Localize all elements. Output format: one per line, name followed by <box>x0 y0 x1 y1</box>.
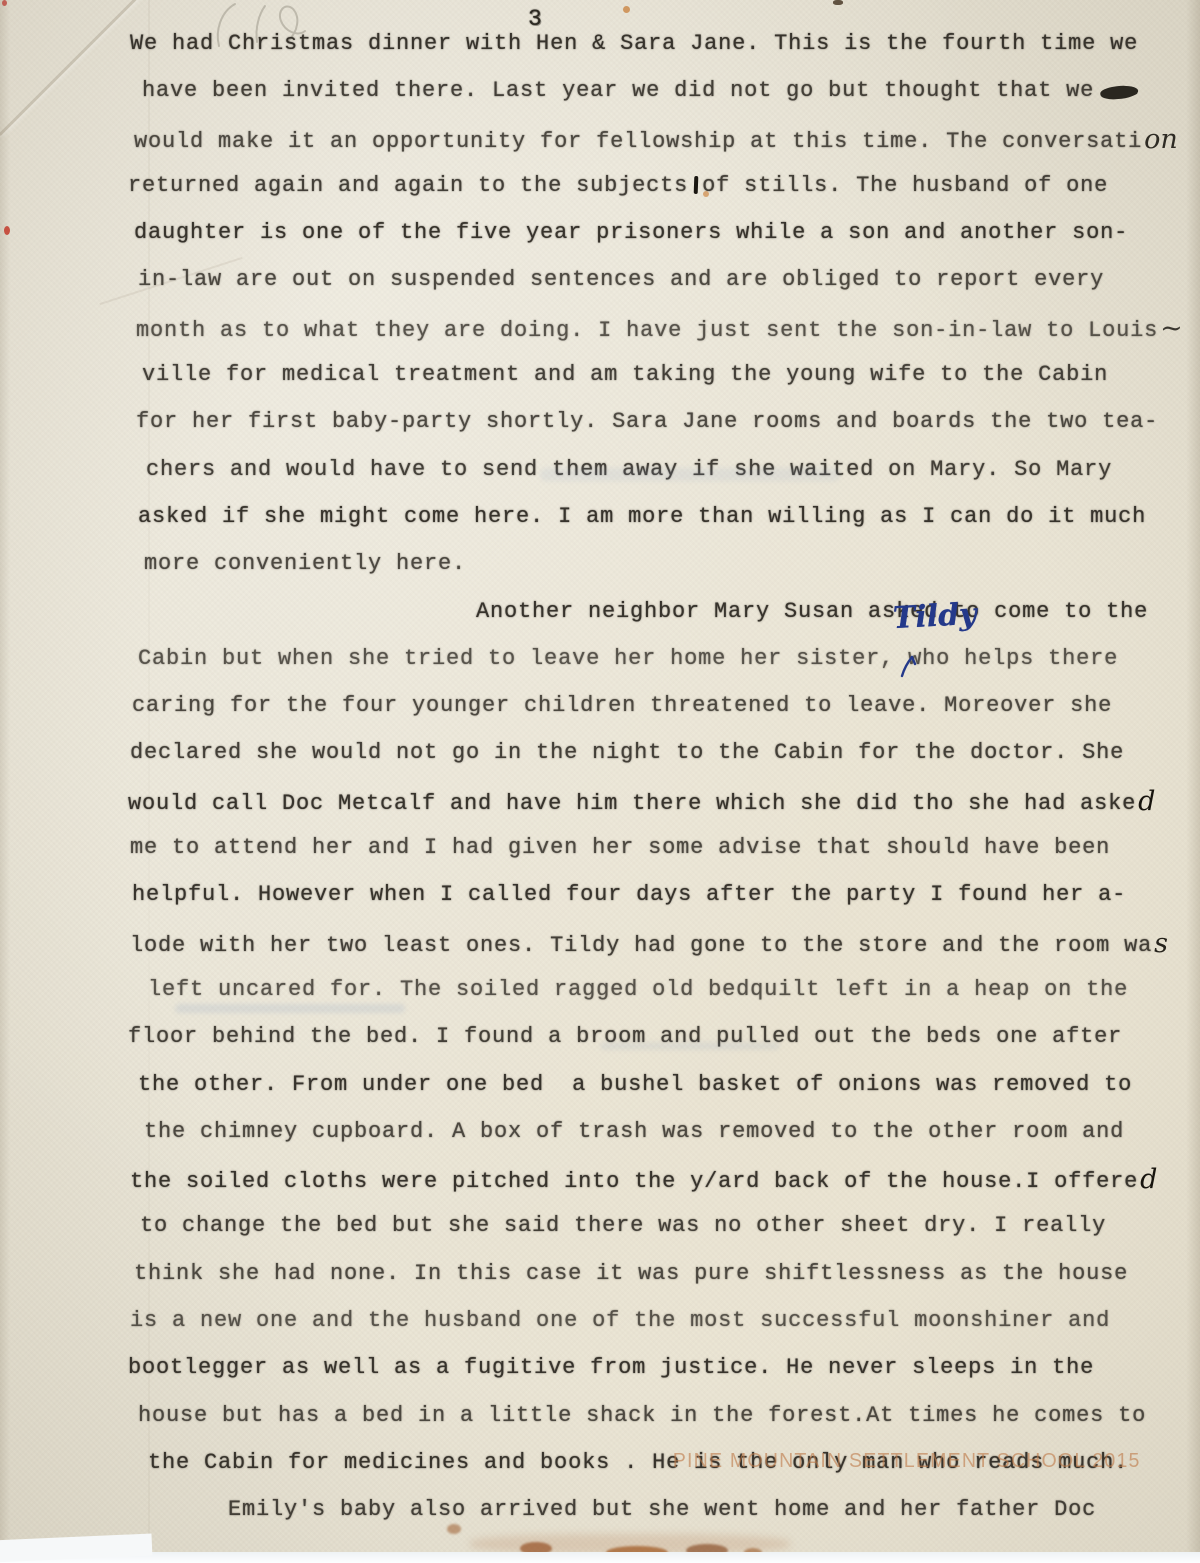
typed-text: to change the bed but she said there was… <box>140 1213 1106 1238</box>
typed-line: have been invited there. Last year we di… <box>128 67 1188 114</box>
scan-edge <box>0 1552 1200 1563</box>
typed-line: caring for the four younger children thr… <box>128 682 1188 729</box>
handwritten-suffix: s <box>1154 928 1168 959</box>
typed-text: lode with her two least ones. Tildy had … <box>130 933 1152 958</box>
handwritten-suffix: d <box>1140 1164 1157 1195</box>
rust-stain <box>447 1524 461 1534</box>
typed-text: is a new one and the husband one of the … <box>130 1308 1110 1333</box>
typed-line: think she had none. In this case it was … <box>128 1250 1188 1297</box>
typed-text: would call Doc Metcalf and have him ther… <box>128 791 1136 816</box>
typed-line: is a new one and the husband one of the … <box>128 1297 1188 1344</box>
typed-line: Cabin but when she tried to leave her ho… <box>128 635 1188 682</box>
typed-text: asked if she might come here. I am more … <box>138 504 1146 529</box>
typed-text: in-law are out on suspended sentences an… <box>138 267 1104 292</box>
typed-line: me to attend her and I had given her som… <box>128 824 1188 871</box>
paper-edge-shadow-right <box>1186 0 1200 1563</box>
blue-smudge <box>600 1042 780 1050</box>
typed-line: ville for medical treatment and am takin… <box>128 351 1188 398</box>
typed-line: declared she would not go in the night t… <box>128 729 1188 776</box>
typed-lines: We had Christmas dinner with Hen & Sara … <box>128 20 1188 1534</box>
typed-text: left uncared for. The soiled ragged old … <box>148 977 1128 1002</box>
dark-speck <box>833 0 843 5</box>
typed-line: asked if she might come here. I am more … <box>128 493 1188 540</box>
typed-line: floor behind the bed. I found a broom an… <box>128 1013 1188 1060</box>
typed-text: returned again and again to the subjects… <box>128 173 1108 198</box>
typed-line: month as to what they are doing. I have … <box>128 304 1188 351</box>
ink-stroke-mark <box>694 176 699 194</box>
typed-line: Emily's baby also arrived but she went h… <box>128 1486 1188 1533</box>
typed-line: to change the bed but she said there was… <box>128 1202 1188 1249</box>
typed-line: more conveniently here. <box>128 540 1188 587</box>
typed-line: for her first baby-party shortly. Sara J… <box>128 398 1188 445</box>
typed-line: helpful. However when I called four days… <box>128 871 1188 918</box>
typed-text: have been invited there. Last year we di… <box>142 78 1094 103</box>
insertion-caret-icon <box>899 654 917 678</box>
handwritten-insert-tildy: Tildy <box>892 597 977 636</box>
typed-text: for her first baby-party shortly. Sara J… <box>136 409 1158 434</box>
typed-line: the chimney cupboard. A box of trash was… <box>128 1108 1188 1155</box>
typed-text: Emily's baby also arrived but she went h… <box>228 1497 1096 1522</box>
typed-text: think she had none. In this case it was … <box>134 1261 1128 1286</box>
typed-line: in-law are out on suspended sentences an… <box>128 256 1188 303</box>
typed-line: lode with her two least ones. Tildy had … <box>128 919 1188 966</box>
typed-text: bootlegger as well as a fugitive from ju… <box>128 1355 1094 1380</box>
typed-text: Cabin but when she tried to leave her ho… <box>138 646 1118 671</box>
typed-line: would make it an opportunity for fellows… <box>128 115 1188 162</box>
typed-text: the soiled cloths were pitched into the … <box>130 1169 1138 1194</box>
typed-text: the other. From under one bed a bushel b… <box>138 1072 1132 1097</box>
typed-text: declared she would not go in the night t… <box>130 740 1124 765</box>
archive-watermark: PINE MOUNTAIN SETTLEMENT SCHOOL 2015 <box>673 1450 1141 1473</box>
typed-line: daughter is one of the five year prisone… <box>128 209 1188 256</box>
handwritten-suffix: ~ <box>1160 313 1183 344</box>
typed-text: month as to what they are doing. I have … <box>136 318 1158 343</box>
typed-text: me to attend her and I had given her som… <box>130 835 1110 860</box>
red-speck <box>2 0 7 6</box>
typed-text: the chimney cupboard. A box of trash was… <box>144 1119 1124 1144</box>
typed-line: house but has a bed in a little shack in… <box>128 1392 1188 1439</box>
typed-text: daughter is one of the five year prisone… <box>134 220 1128 245</box>
orange-speck <box>623 6 630 13</box>
blue-smudge <box>540 468 840 481</box>
ink-scribble-strikeout: wa <box>1100 84 1139 102</box>
typed-line: Another neighbor Mary Susan asked to com… <box>128 588 1188 635</box>
typed-text: more conveniently here. <box>144 551 466 576</box>
typed-text: ville for medical treatment and am takin… <box>142 362 1108 387</box>
typed-line: bootlegger as well as a fugitive from ju… <box>128 1344 1188 1391</box>
typed-text: would make it an opportunity for fellows… <box>134 129 1142 154</box>
typed-line: returned again and again to the subjects… <box>128 162 1188 209</box>
red-speck <box>4 226 10 235</box>
handwritten-suffix: d <box>1138 786 1155 817</box>
typed-text: Another neighbor Mary Susan asked to com… <box>476 599 1148 624</box>
letter-page-scan: 3 We had Christmas dinner with Hen & Sar… <box>0 0 1200 1563</box>
typed-line: would call Doc Metcalf and have him ther… <box>128 777 1188 824</box>
handwritten-suffix: on <box>1144 124 1178 155</box>
blue-smudge <box>175 1004 405 1013</box>
typed-text: helpful. However when I called four days… <box>132 882 1126 907</box>
typed-line: We had Christmas dinner with Hen & Sara … <box>128 20 1188 67</box>
typed-text: caring for the four younger children thr… <box>132 693 1112 718</box>
typed-text: We had Christmas dinner with Hen & Sara … <box>130 31 1138 56</box>
ink-stroke-speck <box>703 191 709 197</box>
typed-line: the other. From under one bed a bushel b… <box>128 1061 1188 1108</box>
typed-text: house but has a bed in a little shack in… <box>138 1403 1146 1428</box>
typed-line: the soiled cloths were pitched into the … <box>128 1155 1188 1202</box>
